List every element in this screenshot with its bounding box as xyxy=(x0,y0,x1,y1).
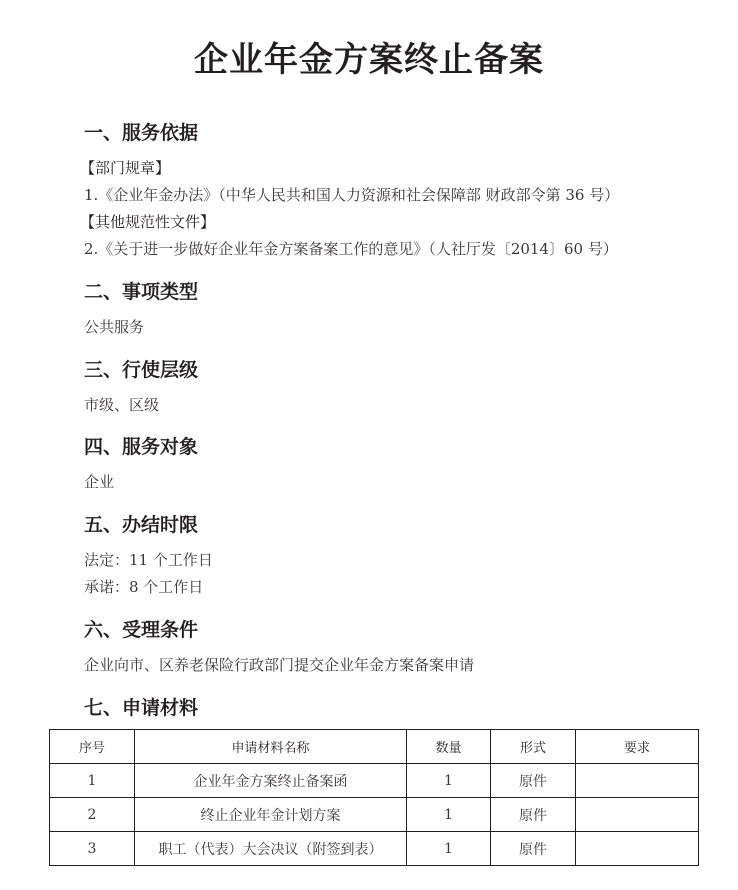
cell-requirement xyxy=(576,798,699,832)
cell-qty: 1 xyxy=(407,832,491,866)
basis-item-1: 1.《企业年金办法》（中华人民共和国人力资源和社会保障部 财政部令第 36 号） xyxy=(84,184,619,205)
cell-no: 3 xyxy=(50,832,135,866)
section-heading-basis: 一、服务依据 xyxy=(84,118,198,145)
cell-qty: 1 xyxy=(407,764,491,798)
column-header-name: 申请材料名称 xyxy=(135,730,407,764)
cell-form: 原件 xyxy=(491,764,576,798)
table-row: 3 职工（代表）大会决议（附签到表） 1 原件 xyxy=(50,832,699,866)
document-title: 企业年金方案终止备案 xyxy=(0,32,738,81)
column-header-qty: 数量 xyxy=(407,730,491,764)
cell-requirement xyxy=(576,764,699,798)
basis-item-2: 2.《关于进一步做好企业年金方案备案工作的意见》（人社厅发〔2014〕60 号） xyxy=(84,238,618,259)
cell-qty: 1 xyxy=(407,798,491,832)
cell-name: 终止企业年金计划方案 xyxy=(135,798,407,832)
cell-requirement xyxy=(576,832,699,866)
section-heading-level: 三、行使层级 xyxy=(84,355,198,382)
cell-name: 企业年金方案终止备案函 xyxy=(135,764,407,798)
subheading-department-rules: 【部门规章】 xyxy=(80,157,170,178)
column-header-form: 形式 xyxy=(491,730,576,764)
section-heading-conditions: 六、受理条件 xyxy=(84,615,198,642)
cell-no: 2 xyxy=(50,798,135,832)
time-limit-statutory: 法定：11 个工作日 xyxy=(84,549,213,570)
section-heading-type: 二、事项类型 xyxy=(84,277,198,304)
level-content: 市级、区级 xyxy=(84,394,159,415)
target-content: 企业 xyxy=(84,471,114,492)
column-header-no: 序号 xyxy=(50,730,135,764)
materials-table: 序号 申请材料名称 数量 形式 要求 1 企业年金方案终止备案函 1 原件 2 … xyxy=(49,729,699,866)
section-heading-target: 四、服务对象 xyxy=(84,432,198,459)
section-heading-materials: 七、申请材料 xyxy=(84,693,198,720)
type-content: 公共服务 xyxy=(84,316,144,337)
column-header-requirement: 要求 xyxy=(576,730,699,764)
cell-form: 原件 xyxy=(491,832,576,866)
subheading-other-documents: 【其他规范性文件】 xyxy=(80,211,215,232)
time-limit-promised: 承诺：8 个工作日 xyxy=(84,576,203,597)
table-row: 1 企业年金方案终止备案函 1 原件 xyxy=(50,764,699,798)
cell-form: 原件 xyxy=(491,798,576,832)
table-header-row: 序号 申请材料名称 数量 形式 要求 xyxy=(50,730,699,764)
cell-name: 职工（代表）大会决议（附签到表） xyxy=(135,832,407,866)
conditions-content: 企业向市、区养老保险行政部门提交企业年金方案备案申请 xyxy=(84,654,474,675)
cell-no: 1 xyxy=(50,764,135,798)
table-row: 2 终止企业年金计划方案 1 原件 xyxy=(50,798,699,832)
section-heading-time-limit: 五、办结时限 xyxy=(84,510,198,537)
